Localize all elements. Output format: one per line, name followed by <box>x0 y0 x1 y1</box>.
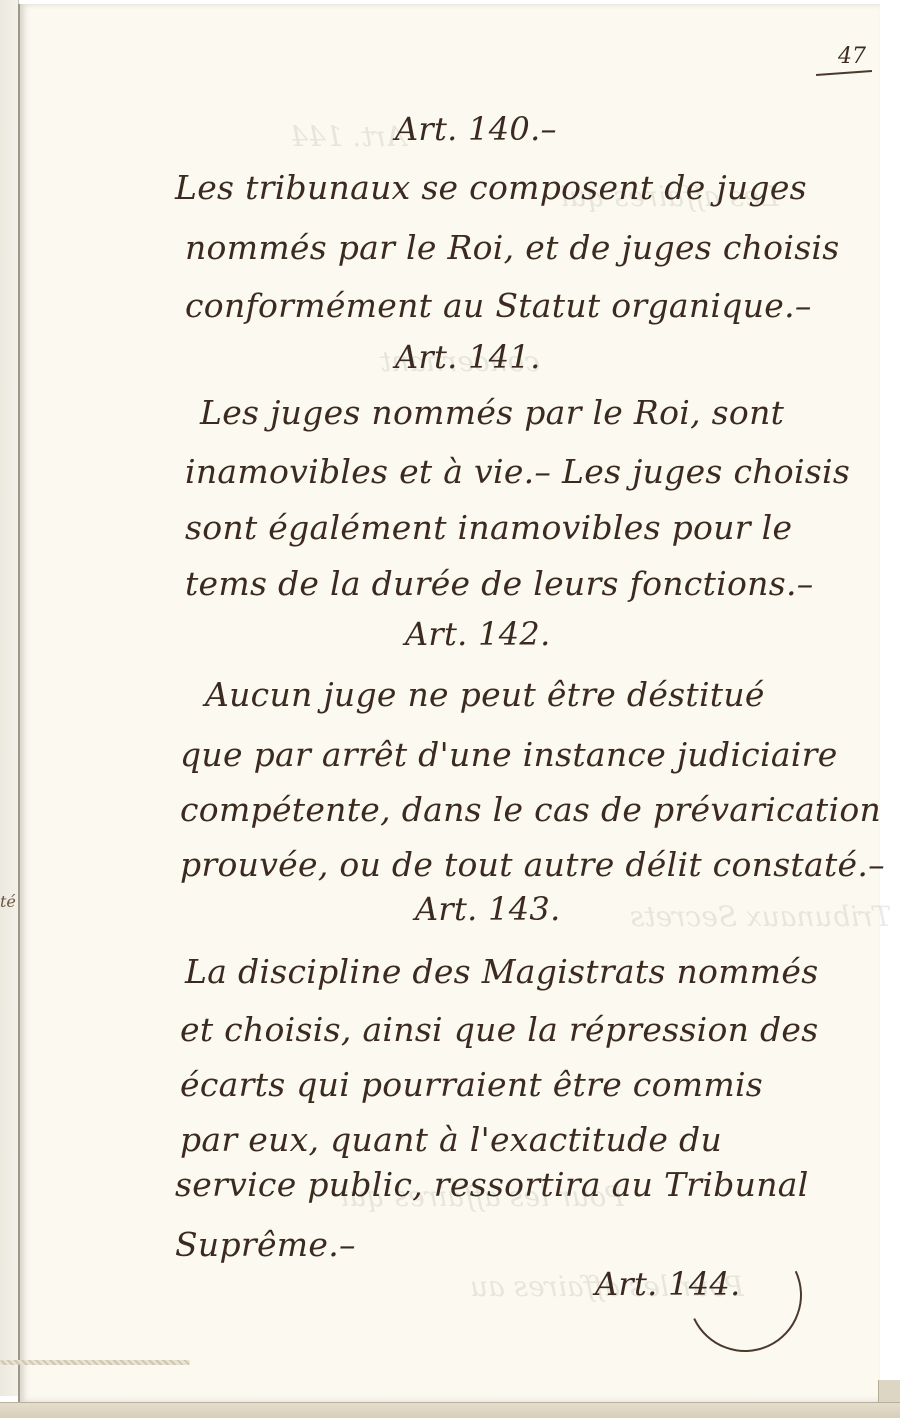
text-line: service public, ressortira au Tribunal <box>175 1165 809 1204</box>
text-line: prouvée, ou de tout autre délit constaté… <box>180 845 885 884</box>
text-line: Les tribunaux se composent de juges <box>175 168 807 207</box>
text-line: Suprême.– <box>175 1225 356 1264</box>
bleed-through-text: de Tribunaux Secrets <box>630 900 900 933</box>
text-line: compétente, dans le cas de prévarication <box>180 790 881 829</box>
text-line: conformément au Statut organique.– <box>185 286 812 325</box>
text-line: et choisis, ainsi que la répression des <box>180 1010 818 1049</box>
text-line: sont égalément inamovibles pour le <box>185 508 792 547</box>
bleed-through-text: Art. 144 <box>290 120 406 153</box>
text-line: écarts qui pourraient être commis <box>180 1065 763 1104</box>
article-heading-142: Art. 142. <box>405 615 551 653</box>
text-line: inamovibles et à vie.– Les juges choisis <box>185 452 850 491</box>
left-page-text-fragment: té <box>0 892 16 911</box>
book-bottom-edge <box>0 1402 900 1418</box>
text-line: que par arrêt d'une instance judiciaire <box>180 735 838 774</box>
text-line: La discipline des Magistrats nommés <box>185 952 818 991</box>
binding-thread <box>0 1360 190 1365</box>
text-line: Aucun juge ne peut être déstitué <box>205 675 765 714</box>
text-line: par eux, quant à l'exactitude du <box>180 1120 722 1159</box>
text-line: tems de la durée de leurs fonctions.– <box>185 564 814 603</box>
article-heading-140: Art. 140.– <box>395 110 557 148</box>
text-line: Les juges nommés par le Roi, sont <box>200 393 784 432</box>
article-heading-143: Art. 143. <box>415 890 561 928</box>
article-heading-141: Art. 141. <box>395 338 541 376</box>
left-page-edge <box>0 0 19 1396</box>
text-line: nommés par le Roi, et de juges choisis <box>185 228 840 267</box>
page-number: 47 <box>838 44 866 69</box>
